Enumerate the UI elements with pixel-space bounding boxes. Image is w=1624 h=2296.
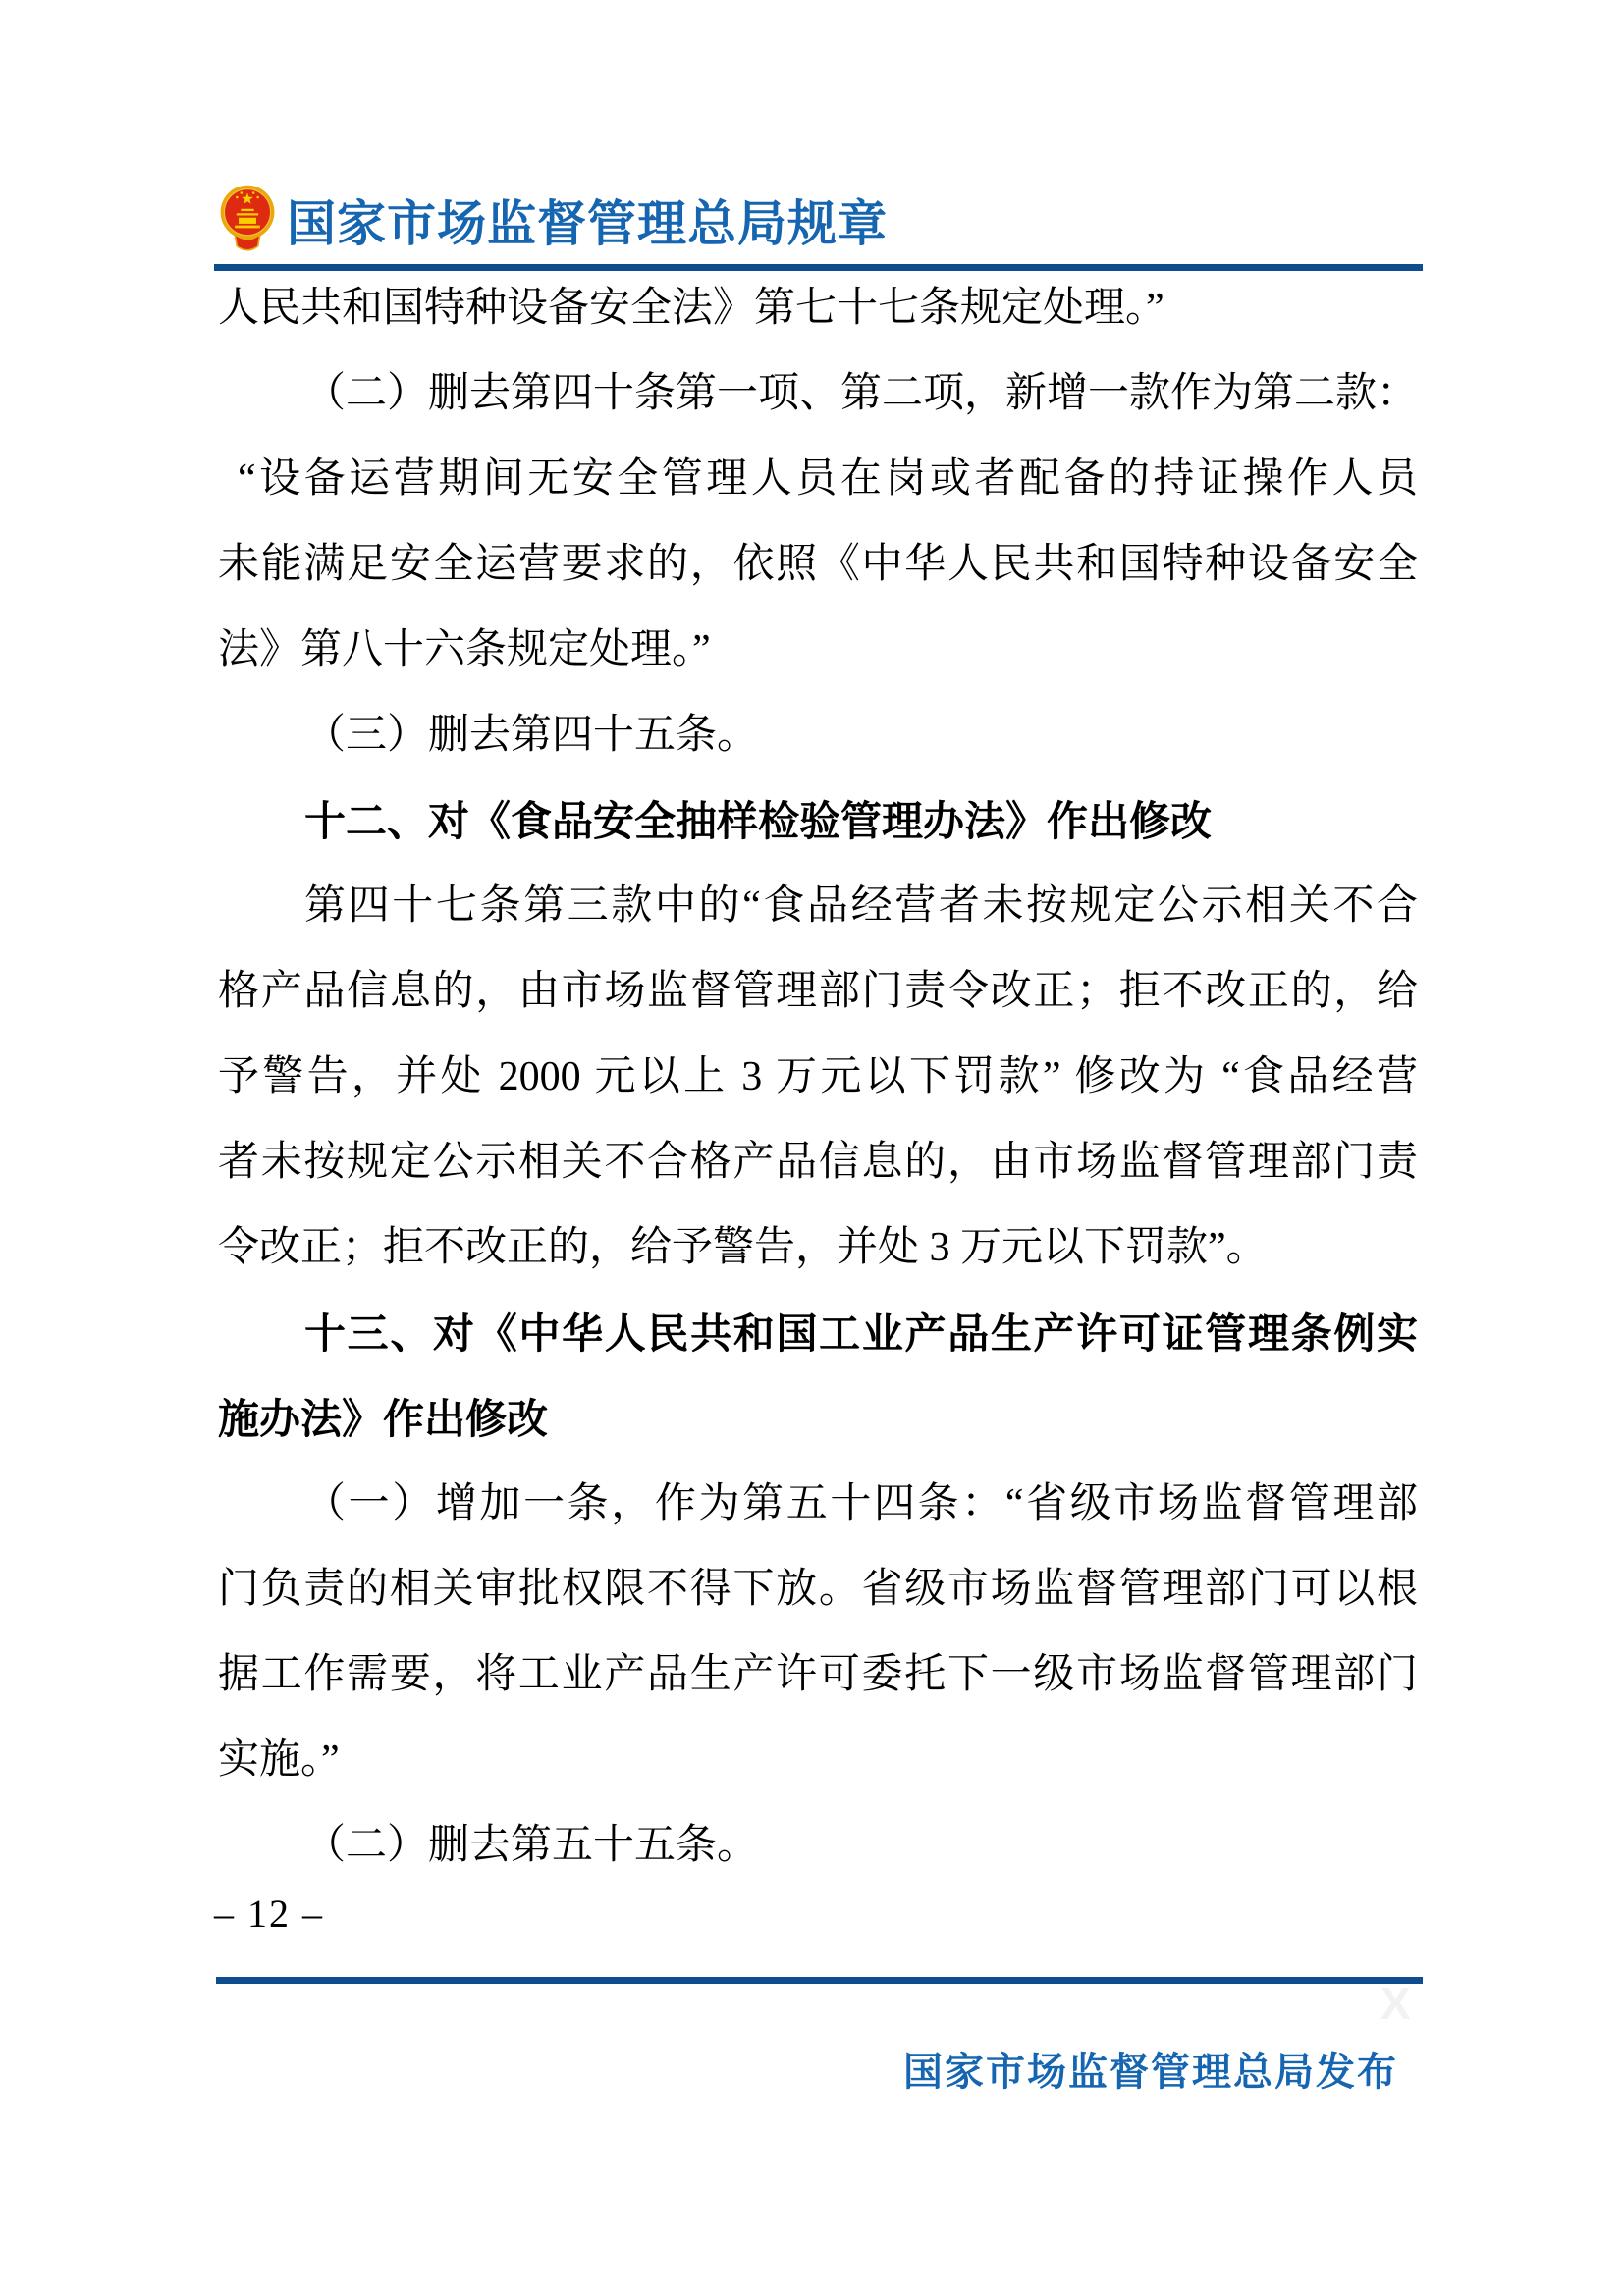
section-heading: 十二、对《食品安全抽样检验管理办法》作出修改 <box>218 778 1418 864</box>
body-line: 第四十七条第三款中的“食品经营者未按规定公示相关不合 <box>218 864 1418 949</box>
body-line: “设备运营期间无安全管理人员在岗或者配备的持证操作人员 <box>218 437 1418 522</box>
section-heading: 施办法》作出修改 <box>218 1376 1418 1462</box>
body-line: （二）删去第五十五条。 <box>218 1803 1418 1889</box>
body-line: 者未按规定公示相关不合格产品信息的，由市场监督管理部门责 <box>218 1120 1418 1205</box>
footer-rule <box>216 1977 1423 1984</box>
section-heading: 十三、对《中华人民共和国工业产品生产许可证管理条例实 <box>218 1291 1418 1376</box>
body-line: 据工作需要，将工业产品生产许可委托下一级市场监督管理部门 <box>218 1632 1418 1718</box>
body-line: 未能满足安全运营要求的，依照《中华人民共和国特种设备安全 <box>218 522 1418 608</box>
body-line: （二）删去第四十条第一项、第二项，新增一款作为第二款： <box>218 351 1418 437</box>
body-line: （一）增加一条，作为第五十四条：“省级市场监督管理部 <box>218 1462 1418 1547</box>
page-title: 国家市场监督管理总局规章 <box>287 194 888 253</box>
body-line: 予警告，并处 2000 元以上 3 万元以下罚款” 修改为 “食品经营 <box>218 1035 1418 1120</box>
body-line: 令改正；拒不改正的，给予警告，并处 3 万元以下罚款”。 <box>218 1205 1418 1291</box>
watermark-x: X <box>1380 1981 1411 2026</box>
china-national-emblem-icon <box>220 185 275 255</box>
body-line: 人民共和国特种设备安全法》第七十七条规定处理。” <box>218 266 1418 351</box>
body-line: 法》第八十六条规定处理。” <box>218 608 1418 693</box>
footer-publisher: 国家市场监督管理总局发布 <box>903 2048 1398 2097</box>
document-page: 国家市场监督管理总局规章 人民共和国特种设备安全法》第七十七条规定处理。” （二… <box>0 0 1624 2296</box>
body-line: （三）删去第四十五条。 <box>218 693 1418 778</box>
body-line: 格产品信息的，由市场监督管理部门责令改正；拒不改正的，给 <box>218 949 1418 1035</box>
page-number: – 12 – <box>214 1889 324 1940</box>
body-line: 实施。” <box>218 1718 1418 1803</box>
document-body: 人民共和国特种设备安全法》第七十七条规定处理。” （二）删去第四十条第一项、第二… <box>218 266 1418 1889</box>
body-line: 门负责的相关审批权限不得下放。省级市场监督管理部门可以根 <box>218 1547 1418 1632</box>
